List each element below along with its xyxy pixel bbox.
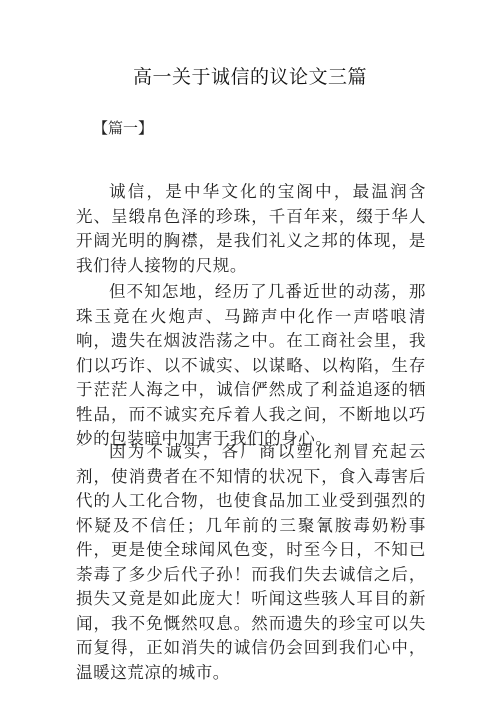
section-label: 【篇一】 [93, 117, 153, 138]
paragraph-3: 因为不诚实，各厂商以塑化剂冒充起云剂，使消费者在不知情的状况下，食入毒害后代的人… [76, 440, 426, 685]
paragraph-2: 但不知怎地，经历了几番近世的动荡，那珠玉竟在火炮声、马蹄声中化作一声嗒哴清响，遗… [76, 280, 426, 452]
paragraph-1: 诚信，是中华文化的宝阁中，最温润含光、呈缎帛色泽的珍珠，千百年来，缀于华人开阔光… [76, 180, 426, 278]
document-title: 高一关于诚信的议论文三篇 [0, 62, 500, 89]
